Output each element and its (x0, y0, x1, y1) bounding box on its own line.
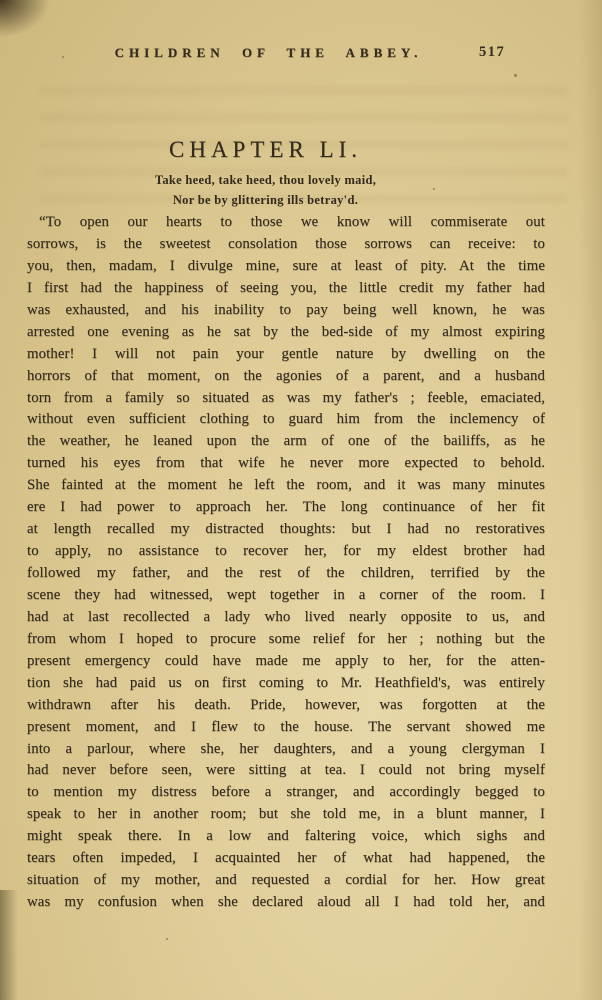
book-page: CHILDREN OF THE ABBEY. 517 CHAPTER LI. T… (0, 0, 602, 1000)
scan-shadow-right (576, 0, 602, 1000)
body-line: had at last recollected a lady who lived… (27, 607, 545, 629)
body-line: at length recalled my distracted thought… (27, 519, 545, 541)
body-line: into a parlour, where she, her daughters… (27, 739, 545, 761)
body-line: withdrawn after his death. Pride, howeve… (27, 695, 545, 717)
body-line: was my confusion when she declared aloud… (27, 892, 545, 914)
body-line: horrors of that moment, on the agonies o… (27, 366, 545, 388)
body-line: from whom I hoped to procure some relief… (27, 629, 545, 651)
body-line: “To open our hearts to those we know wil… (27, 212, 545, 234)
epigraph-line: Take heed, take heed, thou lovely maid, (26, 171, 505, 191)
body-line: mother! I will not pain your gentle natu… (27, 344, 545, 366)
paper-speck (514, 74, 517, 77)
running-head: CHILDREN OF THE ABBEY. (26, 45, 545, 61)
body-line: had never before seen, were sitting at t… (27, 760, 545, 782)
paper-speck (166, 938, 168, 940)
body-line: to apply, no assistance to recover her, … (27, 541, 545, 563)
chapter-epigraph: Take heed, take heed, thou lovely maid, … (26, 171, 545, 210)
body-line: torn from a family so situated as was my… (27, 388, 545, 410)
chapter-heading: CHAPTER LI. (26, 137, 545, 163)
epigraph-line: Nor be by glittering ills betray'd. (26, 191, 505, 211)
body-line: to mention my distress before a stranger… (27, 782, 545, 804)
body-line: sorrows, is the sweetest consolation tho… (27, 234, 545, 256)
body-line: situation of my mother, and requested a … (27, 870, 545, 892)
body-line: I first had the happiness of seeing you,… (27, 278, 545, 300)
body-line: She fainted at the moment he left the ro… (27, 475, 545, 497)
body-line: followed my father, and the rest of the … (27, 563, 545, 585)
body-line: without even sufficient clothing to guar… (27, 409, 545, 431)
body-line: present moment, and I flew to the house.… (27, 717, 545, 739)
body-line: arrested one evening as he sat by the be… (27, 322, 545, 344)
page-number: 517 (479, 44, 505, 61)
body-line: scene they had witnessed, wept together … (27, 585, 545, 607)
body-text: “To open our hearts to those we know wil… (27, 212, 545, 914)
body-line: was exhausted, and his inability to pay … (27, 300, 545, 322)
body-line: ere I had power to approach her. The lon… (27, 497, 545, 519)
body-line: speak to her in another room; but she to… (27, 804, 545, 826)
body-line: you, then, madam, I divulge mine, sure a… (27, 256, 545, 278)
body-line: present emergency could have made me app… (27, 651, 545, 673)
body-line: tion she had paid us on first coming to … (27, 673, 545, 695)
body-line: turned his eyes from that wife he never … (27, 453, 545, 475)
body-line: might speak there. In a low and falterin… (27, 826, 545, 848)
scan-shadow-bottom-left (0, 890, 26, 1000)
body-line: tears often impeded, I acquainted her of… (27, 848, 545, 870)
body-line: the weather, he leaned upon the arm of o… (27, 431, 545, 453)
